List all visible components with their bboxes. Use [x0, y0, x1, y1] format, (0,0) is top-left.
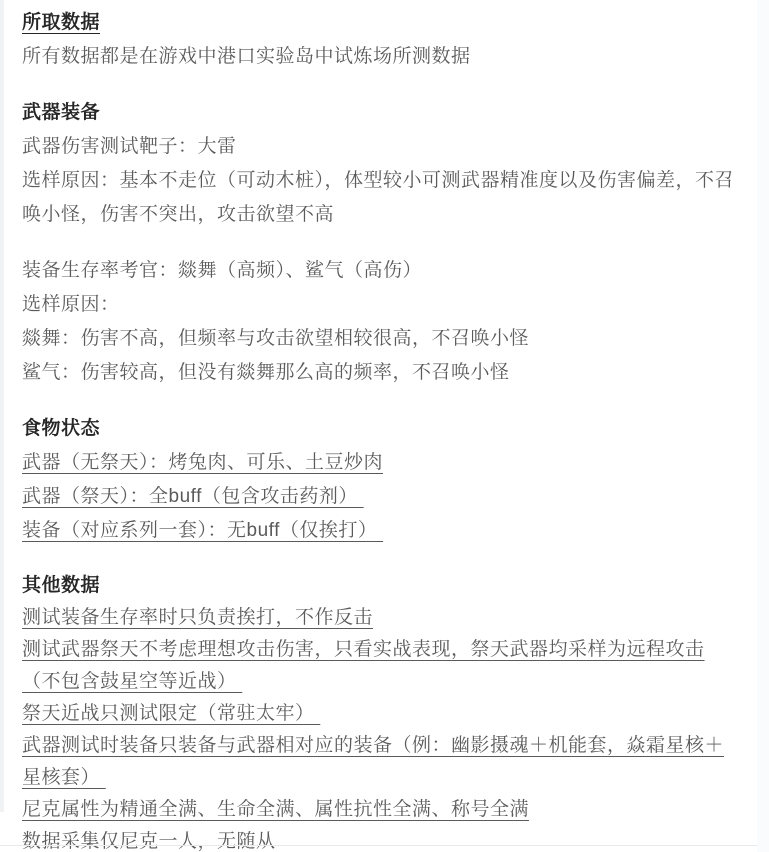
- section-other-data: 其他数据 测试装备生存率时只负责挨打，不作反击 测试武器祭天不考虑理想攻击伤害，…: [22, 570, 743, 852]
- paragraph: 选样原因：: [22, 288, 743, 322]
- bottom-divider: [0, 845, 757, 846]
- paragraph: 选样原因：基本不走位（可动木桩），体型较小可测武器精准度以及伤害偏差，不召唤小怪…: [22, 164, 743, 232]
- paragraph: 装备（对应系列一套）：无buff（仅挨打）: [22, 514, 743, 548]
- section-weapon-equipment: 武器装备 武器伤害测试靶子：大雷 选样原因：基本不走位（可动木桩），体型较小可测…: [22, 96, 743, 232]
- heading-other-data: 其他数据: [22, 570, 743, 602]
- paragraph: 装备生存率考官：燚舞（高频）、鲨气（高伤）: [22, 254, 743, 288]
- paragraph: 所有数据都是在游戏中港口实验岛中试炼场所测数据: [22, 40, 743, 74]
- heading-food-status: 食物状态: [22, 412, 743, 446]
- section-collected-data: 所取数据 所有数据都是在游戏中港口实验岛中试炼场所测数据: [22, 6, 743, 74]
- section-survival-examiners: 装备生存率考官：燚舞（高频）、鲨气（高伤） 选样原因： 燚舞：伤害不高，但频率与…: [22, 254, 743, 390]
- paragraph: 武器测试时装备只装备与武器相对应的装备（例：幽影摄魂＋机能套，焱霜星核＋星核套）: [22, 730, 743, 794]
- paragraph: 武器（无祭天）：烤兔肉、可乐、土豆炒肉: [22, 446, 743, 480]
- paragraph: 鲨气：伤害较高，但没有燚舞那么高的频率，不召唤小怪: [22, 356, 743, 390]
- page-edge-right: [757, 0, 769, 852]
- document-content: 所取数据 所有数据都是在游戏中港口实验岛中试炼场所测数据 武器装备 武器伤害测试…: [0, 0, 757, 852]
- paragraph: 武器伤害测试靶子：大雷: [22, 130, 743, 164]
- paragraph: 尼克属性为精通全满、生命全满、属性抗性全满、称号全满: [22, 794, 743, 826]
- section-food-status: 食物状态 武器（无祭天）：烤兔肉、可乐、土豆炒肉 武器（祭天）：全buff（包含…: [22, 412, 743, 548]
- paragraph: 燚舞：伤害不高，但频率与攻击欲望相较很高，不召唤小怪: [22, 322, 743, 356]
- paragraph: 数据采集仅尼克一人，无随从: [22, 826, 743, 852]
- paragraph: 武器（祭天）：全buff（包含攻击药剂）: [22, 480, 743, 514]
- paragraph: 测试武器祭天不考虑理想攻击伤害，只看实战表现，祭天武器均采样为远程攻击（不包含鼓…: [22, 634, 743, 698]
- paragraph: 祭天近战只测试限定（常驻太牢）: [22, 698, 743, 730]
- heading-weapon-equipment: 武器装备: [22, 96, 743, 130]
- heading-collected-data: 所取数据: [22, 6, 743, 40]
- paragraph: 测试装备生存率时只负责挨打，不作反击: [22, 602, 743, 634]
- document-page: 所取数据 所有数据都是在游戏中港口实验岛中试炼场所测数据 武器装备 武器伤害测试…: [0, 0, 769, 852]
